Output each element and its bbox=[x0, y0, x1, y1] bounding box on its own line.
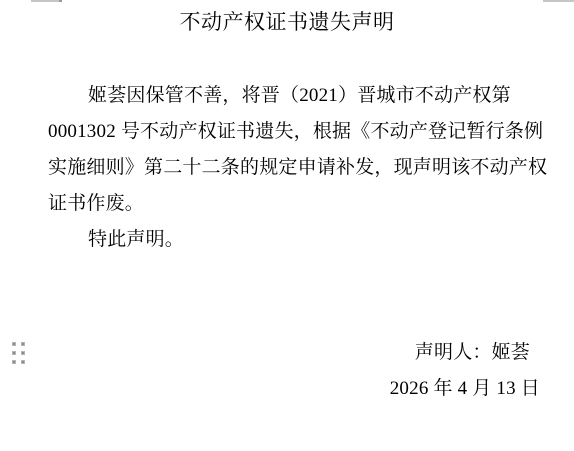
paragraph-line: 0001302 号不动产权证书遗失，根据《不动产登记暂行条例 bbox=[48, 114, 530, 150]
top-edge-fragment-left bbox=[31, 0, 60, 2]
declarant-signature-line: 声明人：姬荟 bbox=[0, 335, 574, 371]
top-edge-fragment-tip bbox=[59, 0, 62, 2]
closing-statement: 特此声明。 bbox=[88, 222, 184, 258]
body-paragraph: 姬荟因保管不善，将晋（2021）晋城市不动产权第 0001302 号不动产权证书… bbox=[48, 78, 530, 222]
paragraph-line: 实施细则》第二十二条的规定申请补发，现声明该不动产权 bbox=[48, 150, 530, 186]
paragraph-line: 姬荟因保管不善，将晋（2021）晋城市不动产权第 bbox=[48, 78, 530, 114]
declaration-date-line: 2026 年 4 月 13 日 bbox=[0, 371, 574, 407]
document-title: 不动产权证书遗失声明 bbox=[0, 10, 574, 34]
document-page: 不动产权证书遗失声明 姬荟因保管不善，将晋（2021）晋城市不动产权第 0001… bbox=[0, 0, 574, 451]
top-edge-fragment-right bbox=[543, 0, 574, 2]
paragraph-line: 证书作废。 bbox=[48, 186, 530, 222]
